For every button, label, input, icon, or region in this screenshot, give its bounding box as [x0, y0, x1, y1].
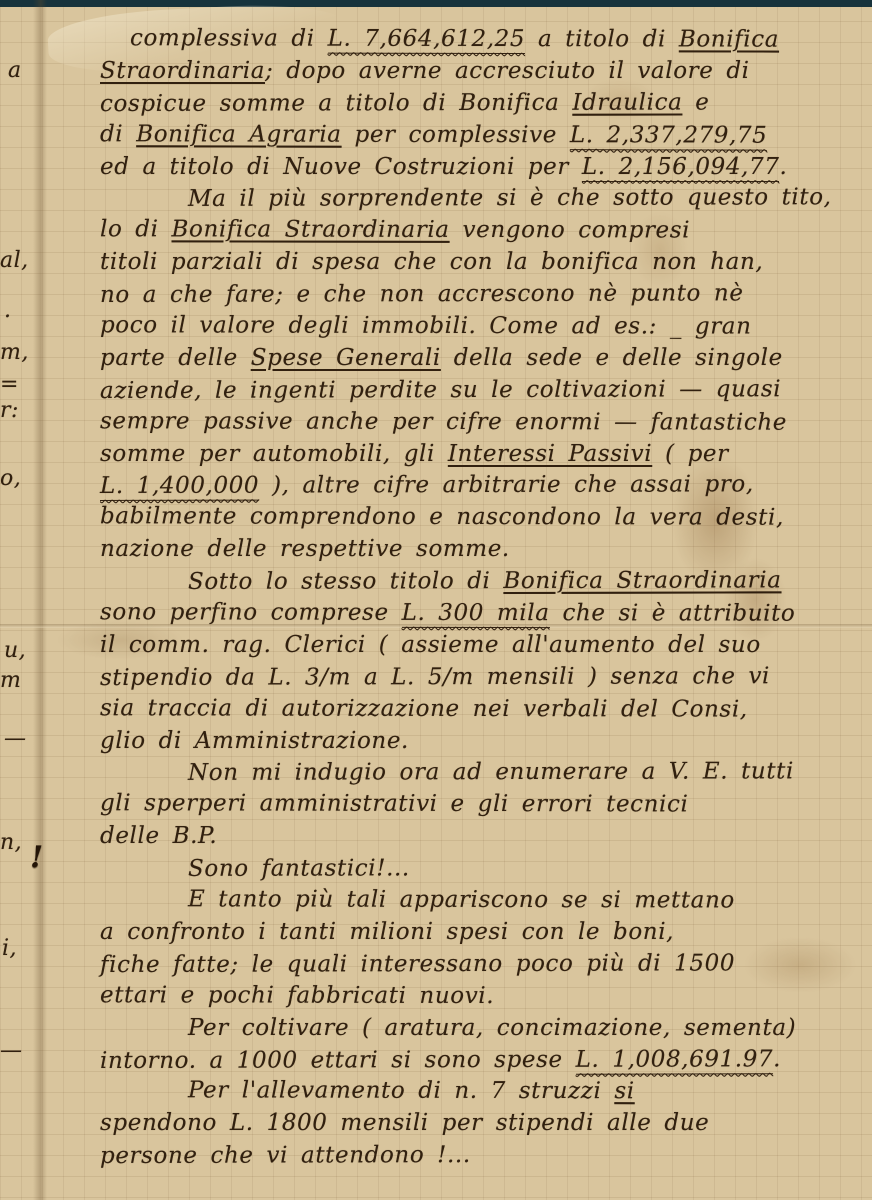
handwritten-text-segment: E tanto più tali appariscono se si metta… [188, 886, 735, 913]
underlined-text-segment: Bonifica [679, 26, 779, 52]
handwritten-line: glio di Amministrazione. [100, 726, 862, 758]
handwritten-text-segment: e [682, 89, 709, 115]
handwritten-text-segment: sia traccia di autorizzazione nei verbal… [100, 695, 748, 722]
handwritten-text-segment: a confronto i tanti milioni spesi con le… [100, 919, 674, 945]
handwritten-text-segment: a titolo di [525, 26, 679, 52]
handwritten-line: delle B.P. [100, 821, 862, 853]
handwritten-line: titoli parziali di spesa che con la boni… [100, 247, 862, 279]
facing-page-text-fragment: a [8, 58, 22, 83]
handwritten-text-segment: ; dopo averne accresciuto il valore di [265, 58, 750, 84]
handwritten-line: L. 1,400,000 ), altre cifre arbitrarie c… [100, 469, 862, 503]
handwritten-line: ed a titolo di Nuove Costruzioni per L. … [100, 152, 862, 184]
handwritten-text-segment: gli sperperi amministrativi e gli errori… [100, 791, 689, 818]
handwritten-text-segment: complessiva di [130, 25, 328, 51]
handwritten-text-segment: glio di Amministrazione. [100, 728, 409, 754]
handwritten-line: di Bonifica Agraria per complessive L. 2… [100, 119, 862, 152]
facing-page-text-fragment: = [0, 372, 19, 397]
facing-page-fragments: aal,.m,=r:o,u,m—n,!i,— [0, 0, 46, 1200]
handwritten-text-segment: Sotto lo stesso titolo di [188, 568, 503, 595]
handwritten-text-segment: sempre passive anche per cifre enormi — … [100, 408, 787, 435]
underlined-text-segment: Bonifica Straordinaria [171, 217, 449, 244]
handwritten-line: Straordinaria; dopo averne accresciuto i… [100, 56, 862, 88]
handwritten-line: intorno. a 1000 ettari si sono spese L. … [100, 1044, 862, 1078]
handwritten-text-segment: . [779, 154, 787, 180]
handwritten-line: Per coltivare ( aratura, concimazione, s… [188, 1013, 862, 1045]
handwritten-text-segment: delle B.P. [100, 823, 217, 849]
ink-blot: ! [30, 840, 44, 875]
handwritten-text-segment: babilmente comprendono e nascondono la v… [100, 504, 784, 531]
handwritten-line: E tanto più tali appariscono se si metta… [188, 884, 862, 917]
handwritten-text-segment: ( per [652, 441, 729, 467]
underlined-text-segment: Spese Generali [251, 345, 441, 371]
handwritten-line: Sono fantastici!... [188, 852, 862, 886]
notebook-binding-edge [0, 0, 872, 7]
handwritten-line: ettari e pochi fabbricati nuovi. [100, 980, 862, 1013]
handwritten-text-segment: cospicue somme a titolo di Bonifica [100, 90, 572, 117]
handwritten-line: sia traccia di autorizzazione nei verbal… [100, 693, 862, 726]
facing-page-text-fragment: m, [0, 340, 29, 365]
handwritten-text-segment: sono perfino comprese [100, 599, 402, 626]
handwritten-text-segment: nazione delle respettive somme. [100, 536, 510, 562]
handwritten-text-segment: Sono fantastici!... [188, 855, 410, 882]
handwritten-text-segment: di [100, 121, 136, 147]
facing-page-text-fragment: — [0, 1038, 23, 1063]
handwritten-line: Per l'allevamento di n. 7 struzzi si [188, 1076, 862, 1109]
handwritten-text-segment: . [773, 1046, 781, 1072]
handwritten-line: stipendio da L. 3/m a L. 5/m mensili ) s… [100, 661, 862, 695]
handwritten-line: nazione delle respettive somme. [100, 534, 862, 566]
handwritten-text-segment: ettari e pochi fabbricati nuovi. [100, 982, 494, 1009]
facing-page-text-fragment: al, [0, 248, 29, 273]
handwritten-text-segment: no a che fare; e che non accrescono nè p… [100, 280, 744, 308]
handwritten-text-segment: intorno. a 1000 ettari si sono spese [100, 1046, 576, 1073]
manuscript-text: complessiva di L. 7,664,612,25 a titolo … [100, 24, 862, 1172]
handwritten-text-segment: vengono compresi [450, 217, 691, 244]
underlined-text-segment: L. 2,156,094,77 [582, 154, 780, 182]
handwritten-line: complessiva di L. 7,664,612,25 a titolo … [130, 23, 862, 56]
handwritten-line: sono perfino comprese L. 300 mila che si… [100, 597, 862, 630]
underlined-text-segment: L. 1,008,691.97 [576, 1046, 774, 1075]
handwritten-line: no a che fare; e che non accrescono nè p… [100, 278, 862, 312]
handwritten-text-segment: il comm. rag. Clerici ( assieme all'aume… [100, 632, 761, 658]
facing-page-text-fragment: u, [4, 638, 26, 663]
underlined-text-segment: L. 1,400,000 [100, 473, 259, 501]
facing-page-text-fragment: o, [0, 466, 21, 491]
underlined-text-segment: L. 2,337,279,75 [570, 122, 768, 150]
handwritten-text-segment: lo di [100, 217, 172, 243]
handwritten-line: gli sperperi amministrativi e gli errori… [100, 789, 862, 822]
handwritten-line: fiche fatte; le quali interessano poco p… [100, 948, 862, 982]
handwritten-text-segment: persone che vi attendono !... [100, 1142, 471, 1169]
handwritten-line: spendono L. 1800 mensili per stipendi al… [100, 1108, 862, 1140]
handwritten-text-segment: per complessive [342, 121, 570, 147]
underlined-text-segment: si [614, 1079, 634, 1105]
handwritten-line: somme per automobili, gli Interessi Pass… [100, 439, 862, 471]
handwritten-line: cospicue somme a titolo di Bonifica Idra… [100, 87, 862, 121]
handwritten-line: Sotto lo stesso titolo di Bonifica Strao… [188, 565, 862, 599]
handwritten-text-segment: Per l'allevamento di n. 7 struzzi [188, 1078, 614, 1105]
handwritten-line: Non mi indugio ora ad enumerare a V. E. … [188, 757, 862, 791]
facing-page-text-fragment: . [4, 298, 12, 323]
handwritten-text-segment: aziende, le ingenti perdite su le coltiv… [100, 376, 781, 404]
handwritten-text-segment: fiche fatte; le quali interessano poco p… [100, 950, 735, 978]
underlined-text-segment: Bonifica Straordinaria [503, 567, 781, 594]
handwritten-text-segment: ), altre cifre arbitrarie che assai pro, [259, 472, 754, 499]
handwritten-text-segment: ed a titolo di Nuove Costruzioni per [100, 154, 582, 180]
underlined-text-segment: Straordinaria [100, 58, 265, 84]
handwritten-line: persone che vi attendono !... [100, 1139, 862, 1173]
underlined-text-segment: Bonifica Agraria [136, 121, 341, 147]
handwritten-text-segment: Ma il più sorprendente si è che sotto qu… [188, 185, 832, 213]
handwritten-line: aziende, le ingenti perdite su le coltiv… [100, 374, 862, 408]
handwritten-text-segment: poco il valore degli immobili. Come ad e… [100, 312, 752, 339]
handwritten-text-segment: stipendio da L. 3/m a L. 5/m mensili ) s… [100, 663, 770, 691]
underlined-text-segment: L. 300 mila [402, 600, 550, 628]
handwritten-text-segment: somme per automobili, gli [100, 441, 448, 467]
handwritten-text-segment: spendono L. 1800 mensili per stipendi al… [100, 1110, 709, 1136]
underlined-text-segment: Interessi Passivi [448, 441, 652, 467]
facing-page-text-fragment: i, [2, 936, 17, 961]
manuscript-page: aal,.m,=r:o,u,m—n,!i,— complessiva di L.… [0, 0, 872, 1200]
handwritten-text-segment: che si è attribuito [550, 600, 796, 627]
facing-page-text-fragment: n, [0, 830, 22, 855]
handwritten-text-segment: della sede e delle singole [441, 345, 783, 371]
facing-page-text-fragment: m [0, 668, 21, 693]
handwritten-text-segment: parte delle [100, 345, 251, 371]
handwritten-line: poco il valore degli immobili. Come ad e… [100, 310, 862, 343]
handwritten-line: Ma il più sorprendente si è che sotto qu… [188, 183, 862, 217]
handwritten-line: a confronto i tanti milioni spesi con le… [100, 917, 862, 949]
underlined-text-segment: L. 7,664,612,25 [328, 26, 526, 54]
handwritten-text-segment: Per coltivare ( aratura, concimazione, s… [188, 1015, 796, 1041]
facing-page-text-fragment: r: [0, 398, 19, 423]
handwritten-line: babilmente comprendono e nascondono la v… [100, 502, 862, 535]
handwritten-line: il comm. rag. Clerici ( assieme all'aume… [100, 630, 862, 662]
handwritten-line: parte delle Spese Generali della sede e … [100, 343, 862, 375]
handwritten-line: lo di Bonifica Straordinaria vengono com… [100, 215, 862, 248]
facing-page-text-fragment: — [4, 726, 27, 751]
handwritten-line: sempre passive anche per cifre enormi — … [100, 406, 862, 439]
handwritten-text-segment: Non mi indugio ora ad enumerare a V. E. … [188, 759, 794, 787]
handwritten-text-segment: titoli parziali di spesa che con la boni… [100, 249, 763, 275]
underlined-text-segment: Idraulica [572, 89, 682, 115]
